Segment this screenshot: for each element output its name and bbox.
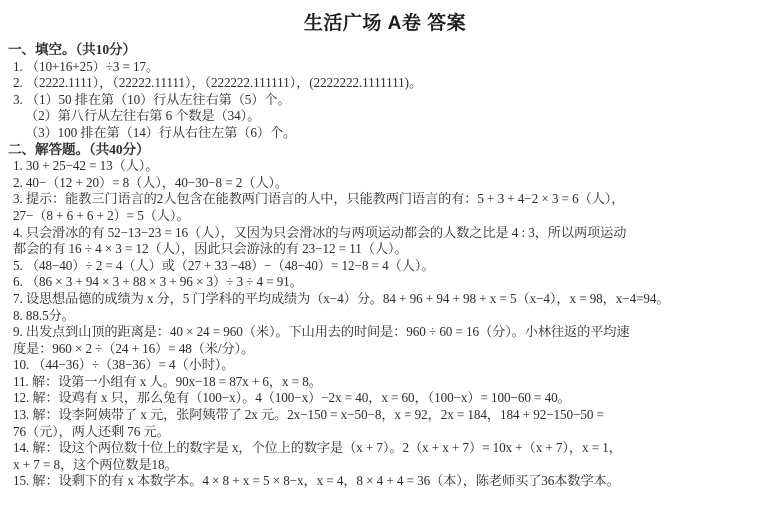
answer-line: 3. 提示：能教三门语言的2人包含在能教两门语言的人中，只能教两门语言的有：5 …	[13, 191, 762, 208]
answer-line: 11. 解：设第一小组有 x 人。90x−18 = 87x + 6，x = 8。	[13, 374, 762, 391]
answer-line: 15. 解：设剩下的有 x 本数学本。4 × 8 + x = 5 × 8−x，x…	[13, 473, 762, 490]
answer-line: 1. 30 + 25−42 = 13（人）。	[13, 158, 762, 175]
answer-line: 2. 40−（12 + 20）= 8（人），40−30−8 = 2（人）。	[13, 175, 762, 192]
answer-line: 8. 88.5分。	[13, 308, 762, 325]
answer-line: 9. 出发点到山顶的距离是：40 × 24 = 960（米）。下山用去的时间是：…	[13, 324, 762, 341]
answer-line: 14. 解：设这个两位数十位上的数字是 x，个位上的数字是（x + 7）。2（x…	[13, 440, 762, 457]
answer-line-continuation: x + 7 = 8，这个两位数是18。	[13, 457, 762, 474]
section-solutions-heading: 二、解答题。（共40分）	[8, 142, 762, 159]
answer-line-continuation: 76（元），两人还剩 76 元。	[13, 424, 762, 441]
answer-line: 4. 只会滑冰的有 52−13−23 = 16（人），又因为只会滑冰的与两项运动…	[13, 225, 762, 242]
answer-line: 12. 解：设鸡有 x 只，那么兔有（100−x）。4（100−x）−2x = …	[13, 390, 762, 407]
answer-line: 5. （48−40）÷ 2 = 4（人）或（27 + 33 −48）−（48−4…	[13, 258, 762, 275]
answer-line: 7. 设思想品德的成绩为 x 分，5 门学科的平均成绩为（x−4）分。84 + …	[13, 291, 762, 308]
answer-sheet-page: 生活广场 A卷 答案 一、填空。（共10分） 1. （10+16+25）÷3 =…	[0, 0, 766, 517]
answer-line: 2. （2222.1111），（22222.11111），（222222.111…	[13, 75, 762, 92]
section-fill-in-heading: 一、填空。（共10分）	[8, 42, 762, 59]
page-title: 生活广场 A卷 答案	[8, 8, 762, 35]
answer-subline: （3）100 排在第（14）行从右往左第（6）个。	[25, 125, 762, 142]
answer-line-continuation: 27−（8 + 6 + 6 + 2）= 5（人）。	[13, 208, 762, 225]
section-fill-in: 一、填空。（共10分） 1. （10+16+25）÷3 = 17。 2. （22…	[8, 42, 762, 142]
section-solutions: 二、解答题。（共40分） 1. 30 + 25−42 = 13（人）。 2. 4…	[8, 142, 762, 490]
answer-subline: （2）第八行从左往右第 6 个数是（34）。	[25, 108, 762, 125]
answer-line: 1. （10+16+25）÷3 = 17。	[13, 59, 762, 76]
answer-line-continuation: 度是：960 × 2 ÷（24 + 16）= 48（米/分）。	[13, 341, 762, 358]
answer-line: 10. （44−36）÷（38−36）= 4（小时）。	[13, 357, 762, 374]
answer-line: 13. 解：设李阿姨带了 x 元，张阿姨带了 2x 元。2x−150 = x−5…	[13, 407, 762, 424]
answer-line: 6. （86 × 3 + 94 × 3 + 88 × 3 + 96 × 3）÷ …	[13, 274, 762, 291]
answer-line-continuation: 都会的有 16 ÷ 4 × 3 = 12（人），因此只会游泳的有 23−12 =…	[13, 241, 762, 258]
answer-line: 3. （1）50 排在第（10）行从左往右第（5）个。	[13, 92, 762, 109]
